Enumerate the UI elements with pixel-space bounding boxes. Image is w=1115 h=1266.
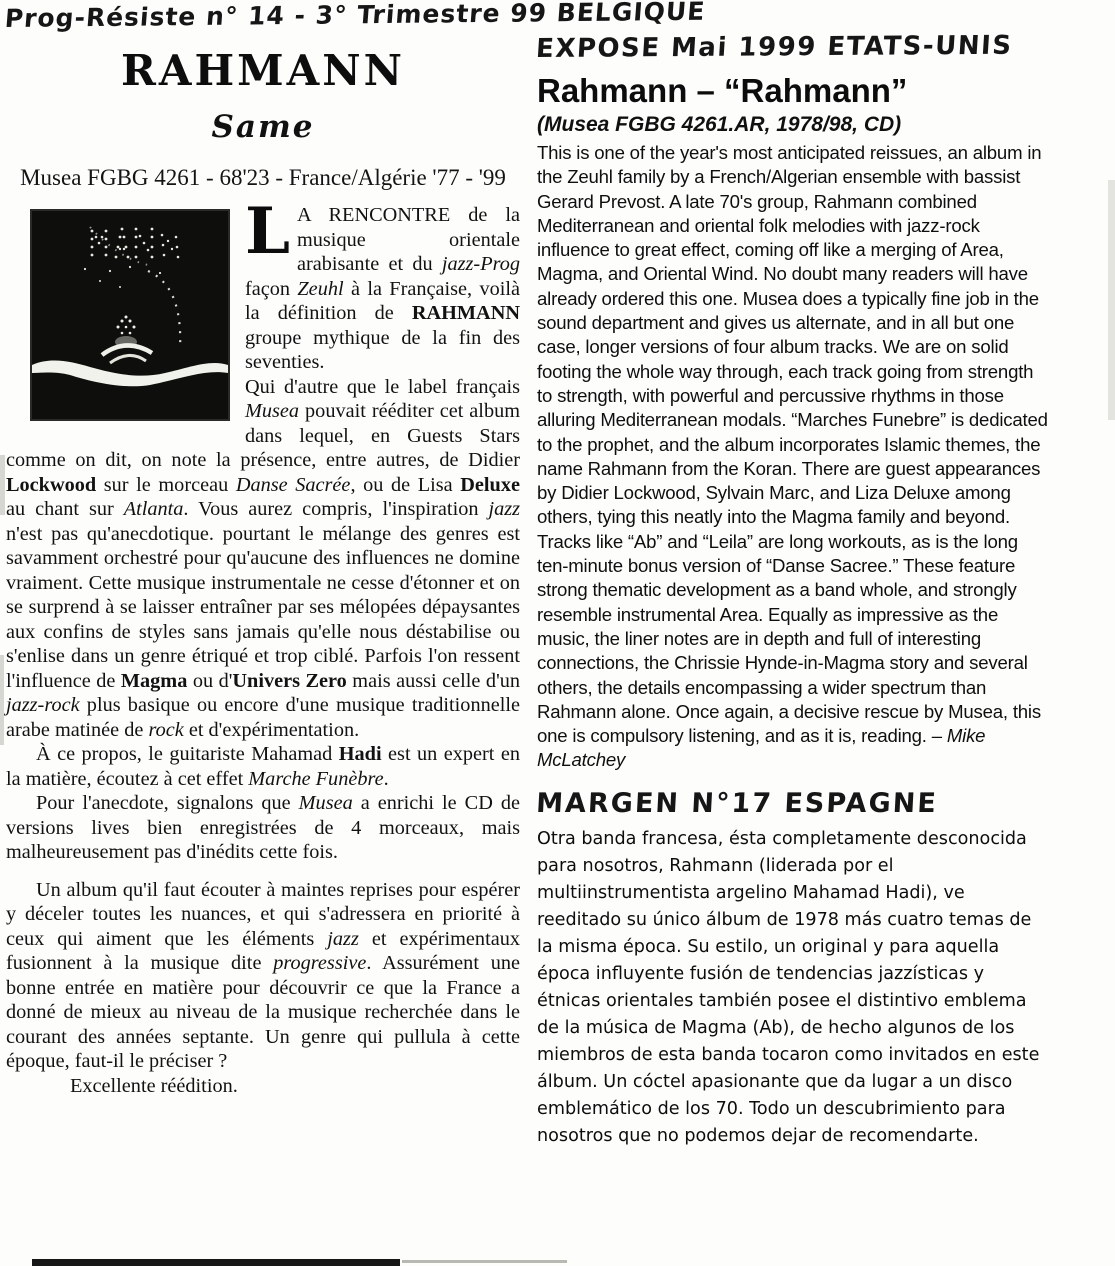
next-article-header-bar-faint bbox=[402, 1260, 567, 1263]
us-review-title: Rahmann – “Rahmann” bbox=[537, 72, 1051, 110]
album-cover-image bbox=[30, 209, 230, 421]
dropcap-letter: L bbox=[245, 203, 297, 257]
album-title: Same bbox=[6, 109, 520, 145]
release-info-line: Musea FGBG 4261 - 68'23 - France/Algérie… bbox=[6, 165, 520, 191]
handwritten-source-annotation: Prog-Résiste n° 14 - 3° Trimestre 99 BEL… bbox=[4, 0, 707, 33]
handwritten-expose-annotation: EXPOSE Mai 1999 ETATS-UNIS bbox=[535, 30, 1051, 64]
us-review-body: This is one of the year's most anticipat… bbox=[537, 141, 1051, 773]
right-reviews-column: EXPOSE Mai 1999 ETATS-UNIS Rahmann – “Ra… bbox=[537, 34, 1051, 1150]
handwritten-margen-annotation: MARGEN N°17 ESPAGNE bbox=[535, 788, 1051, 819]
scan-artifact bbox=[0, 655, 4, 745]
french-review-column: RAHMANN Same Musea FGBG 4261 - 68'23 - F… bbox=[6, 46, 520, 1098]
next-article-header-bar bbox=[32, 1259, 400, 1266]
french-paragraph-5: Un album qu'il faut écouter à maintes re… bbox=[6, 878, 520, 1074]
album-cover-art bbox=[30, 209, 230, 421]
french-paragraph-2: Qui d'autre que le label français Musea … bbox=[6, 375, 520, 743]
french-paragraph-3: À ce propos, le guitariste Mahamad Hadi … bbox=[6, 742, 520, 791]
french-review-body: LA RENCONTRE de la musique orientale ara… bbox=[6, 203, 520, 1098]
scan-artifact bbox=[1108, 180, 1115, 420]
french-paragraph-4: Pour l'anecdote, signalons que Musea a e… bbox=[6, 791, 520, 865]
spanish-review-body: Otra banda francesa, ésta completamente … bbox=[537, 826, 1051, 1150]
scanned-magazine-page: Prog-Résiste n° 14 - 3° Trimestre 99 BEL… bbox=[0, 0, 1115, 1266]
us-review-catalog-line: (Musea FGBG 4261.AR, 1978/98, CD) bbox=[537, 113, 1051, 137]
band-title: RAHMANN bbox=[6, 46, 520, 95]
french-closing-line: Excellente réédition. bbox=[6, 1074, 520, 1099]
scan-artifact bbox=[0, 455, 5, 515]
